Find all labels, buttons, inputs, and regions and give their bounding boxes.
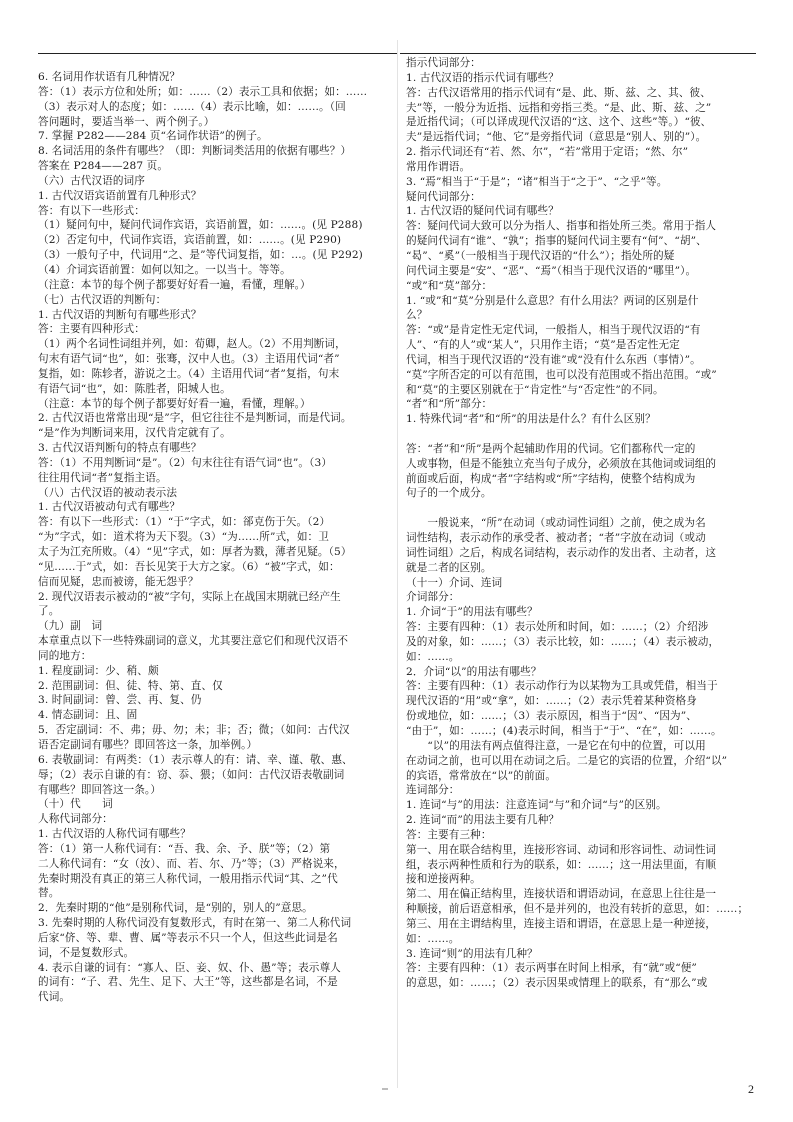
text-line: 3. “焉”相当于“于是”；“诸”相当于“之于”、“之乎”等。 <box>406 175 758 190</box>
text-line: 常用作谓语。 <box>406 160 758 175</box>
text-line: 4. 表示自谦的词有：“寡人、臣、妾、奴、仆、愚”等；表示尊人 <box>38 961 394 976</box>
text-line: 3. 先秦时期的人称代词没有复数形式，有时在第一、第二人称代词 <box>38 916 394 931</box>
text-line: 指示代词部分： <box>406 56 758 71</box>
text-line: 如：……。 <box>406 932 758 947</box>
text-line: “是”作为判断词来用，汉代肯定就有了。 <box>38 426 394 441</box>
text-line: 答案在 P284——287 页。 <box>38 159 394 174</box>
header-rule-right <box>400 53 756 54</box>
text-line: （1）疑问句中，疑问代词作宾语，宾语前置，如：……。(见 P288) <box>38 218 394 233</box>
text-line: 答：（1）表示方位和处所；如：……（2）表示工具和依据；如：…… <box>38 85 394 100</box>
text-line: 的疑问代词有“谁”、“孰”；指事的疑问代词主要有“何”、“胡”、 <box>406 234 758 249</box>
text-line: 2. 现代汉语表示被动的“被”字句，实际上在战国末期就已经产生 <box>38 590 394 605</box>
text-line <box>406 427 758 442</box>
text-line: 1. 程度副词：少、稍、颇 <box>38 664 394 679</box>
text-line: （七）古代汉语的判断句： <box>38 293 394 308</box>
text-line: （十一）介词、连词 <box>406 576 758 591</box>
text-line: 2．介词“以”的用法有哪些？ <box>406 665 758 680</box>
text-line: 夫”等，一般分为近指、远指和旁指三类。“是、此、斯、兹、之” <box>406 101 758 116</box>
text-line: 在动词之前，也可以用在动词之后。二是它的宾语的位置，介绍“以” <box>406 754 758 769</box>
text-line: 1. 特殊代词“者”和“所”的用法是什么？有什么区别？ <box>406 412 758 427</box>
text-line: 1. “或”和“莫”分别是什么意思？有什么用法？两词的区别是什 <box>406 294 758 309</box>
text-line: 人称代词部分： <box>38 812 394 827</box>
text-line: 人或事物，但是不能独立充当句子成分，必须放在其他词或词组的 <box>406 457 758 472</box>
text-line: 答：“或”是肯定性无定代词，一般指人，相当于现代汉语的“有 <box>406 323 758 338</box>
text-line: “莫”字所否定的可以有范围，也可以没有范围或不指出范围。“或” <box>406 368 758 383</box>
text-line: 1. 介词“于”的用法有哪些？ <box>406 605 758 620</box>
text-line: 复指，如：陈轸者，游说之士。（4）主语用代词“者”复指，句末 <box>38 367 394 382</box>
text-line: 就是二者的区别。 <box>406 561 758 576</box>
text-line: 6. 表敬副词：有两类：（1）表示尊人的有：请、幸、谨、敬、惠、 <box>38 753 394 768</box>
text-line: 同的地方： <box>38 649 394 664</box>
text-line: 1. 古代汉语的人称代词有哪些？ <box>38 827 394 842</box>
text-line: 种顺接，前后语意相承，但不是并列的，也没有转折的意思，如：……； <box>406 902 758 917</box>
text-line: 5．否定副词：不、弗；毋、勿；未；非；否；微；（如问：古代汉 <box>38 723 394 738</box>
text-line: 8. 名词活用的条件有哪些？（即：判断词类活用的依据有哪些？） <box>38 144 394 159</box>
text-line: 人”、“有的人”或“某人”，只用作主语；“莫”是否定性无定 <box>406 338 758 353</box>
text-line: 代词。 <box>38 990 394 1005</box>
text-line: 的宾语，常常放在“以”的前面。 <box>406 769 758 784</box>
text-line: 1. 古代汉语的指示代词有哪些？ <box>406 71 758 86</box>
text-line: 和“莫”的主要区别就在于“肯定性”与“否定性”的不同。 <box>406 383 758 398</box>
column-divider <box>397 40 398 1088</box>
page-number: 2 <box>748 1082 754 1097</box>
text-line: 夫”是远指代词；“他、它”是旁指代词（意思是“别人、别的”）。 <box>406 130 758 145</box>
text-line: 答：主要有四种：（1）表示两事在时间上相承，有“就”或“便” <box>406 961 758 976</box>
text-line: 7. 掌握 P282——284 页“名词作状语”的例子。 <box>38 129 394 144</box>
text-line: （九）副 词 <box>38 619 394 634</box>
text-line: 答：“者”和“所”是两个起辅助作用的代词。它们都称代一定的 <box>406 442 758 457</box>
text-line: 现代汉语的“用”或“拿”，如：……；（2）表示凭着某种资格身 <box>406 694 758 709</box>
text-line: 是近指代词；（可以译成现代汉语的“这、这个、这些”等。）“彼、 <box>406 115 758 130</box>
text-line <box>406 501 758 516</box>
text-line: 第一、用在联合结构里，连接形容词、动词和形容词性、动词性词 <box>406 843 758 858</box>
text-line: 第三、用在主谓结构里，连接主语和谓语，在意思上是一种逆接， <box>406 917 758 932</box>
text-line: 3. 古代汉语判断句的特点有哪些？ <box>38 441 394 456</box>
text-line: 2．先秦时期的“他”是别称代词，是“别的，别人的”意思。 <box>38 901 394 916</box>
text-line: 答：主要有四种形式： <box>38 322 394 337</box>
text-line: 如：……。 <box>406 650 758 665</box>
text-line: 2. 连词“而”的用法主要有几种？ <box>406 813 758 828</box>
text-line: （八）古代汉语的被动表示法 <box>38 486 394 501</box>
text-line: 3. 时间副词：曾、尝、再、复、仍 <box>38 693 394 708</box>
text-line: 连词部分： <box>406 783 758 798</box>
text-line: 有语气词“也”，如：陈胜者，阳城人也。 <box>38 382 394 397</box>
footer-mark <box>382 1088 388 1090</box>
text-line: “者”和“所”部分： <box>406 397 758 412</box>
text-line: （注意：本节的每个例子都要好好看一遍，看懂，理解。） <box>38 278 394 293</box>
text-line: 组，表示两种性质和行为的联系，如：……；这一用法里面，有顺 <box>406 858 758 873</box>
text-line: 答：（1）不用判断词“是”。（2）句末往往有语气词“也”。（3） <box>38 456 394 471</box>
text-line: 词性结构，表示动作的承受者、被动者；“者”字放在动词（或动 <box>406 531 758 546</box>
text-line: 及的对象，如：……；（3）表示比较，如：……；（4）表示被动， <box>406 635 758 650</box>
text-line: 太子为江充所败。（4）“见”字式，如：厚者为戮，薄者见疑。（5） <box>38 545 394 560</box>
text-line: 辱；（2）表示自谦的有：窃、忝、猥；（如问：古代汉语表敬副词 <box>38 768 394 783</box>
text-line: 4. 情态副词：且、固 <box>38 708 394 723</box>
text-line: （注意：本节的每个例子都要好好看一遍，看懂，理解。） <box>38 397 394 412</box>
text-line: “为”字式，如：道术将为天下裂。（3）“为……所”式，如：卫 <box>38 530 394 545</box>
text-line: 答：主要有三种： <box>406 828 758 843</box>
text-line: “曷”、“奚”（一般相当于现代汉语的“什么”）；指处所的疑 <box>406 249 758 264</box>
text-line: （十）代 词 <box>38 797 394 812</box>
text-line: 1. 连词“与”的用法：注意连词“与”和介词“与”的区别。 <box>406 798 758 813</box>
text-line: 么？ <box>406 308 758 323</box>
text-line: 后家“侪、等、辈、曹、属”等表示不只一个人，但这些此词是名 <box>38 931 394 946</box>
text-line: 答：古代汉语常用的指示代词有“是、此、斯、兹、之、其、彼、 <box>406 86 758 101</box>
text-line: 语否定副词有哪些？即回答这一条，加举例。） <box>38 738 394 753</box>
text-line: “以”的用法有两点值得注意，一是它在句中的位置，可以用 <box>406 739 758 754</box>
text-line: 二人称代词有：“女（汝）、而、若、尔、乃”等；（3）严格说来， <box>38 857 394 872</box>
text-line: 答：有以下一些形式： <box>38 204 394 219</box>
text-line: （4）介词宾语前置：如何以知之。一以当十。等等。 <box>38 263 394 278</box>
text-line: 6. 名词用作状语有几种情况？ <box>38 70 394 85</box>
text-line: 接和逆接两种。 <box>406 872 758 887</box>
text-line: 3. 连词“则”的用法有几种？ <box>406 947 758 962</box>
header-rule-left <box>38 53 397 54</box>
text-line: 介词部分： <box>406 590 758 605</box>
text-line: 份或地位，如：……；（3）表示原因，相当于“因”、“因为”、 <box>406 709 758 724</box>
text-line: 问代词主要是“安”、“恶”、“焉”（相当于现代汉语的“哪里”）。 <box>406 264 758 279</box>
text-line: “由于”，如：……；(4)表示时间，相当于“于”、“在”，如：……。 <box>406 724 758 739</box>
text-line: “见……于”式，如：吾长见笑于大方之家。（6）“被”字式，如： <box>38 560 394 575</box>
text-line: 2. 古代汉语也常常出现“是”字，但它往往不是判断词，而是代词。 <box>38 411 394 426</box>
text-line: 的意思，如：……；（2）表示因果或情理上的联系，有“那么”或 <box>406 976 758 991</box>
text-line: 答问题时，要适当举一、两个例子。） <box>38 115 394 130</box>
text-line: 句末有语气词“也”，如：张骞，汉中人也。（3）主语用代词“者” <box>38 352 394 367</box>
text-line: （2）否定句中，代词作宾语，宾语前置，如：……。(见 P290) <box>38 233 394 248</box>
text-line: 第二、用在偏正结构里，连接状语和谓语动词，在意思上往往是一 <box>406 887 758 902</box>
text-line: 的词有：“子、君、先生、足下、大王”等，这些都是名词，不是 <box>38 975 394 990</box>
text-line: 1. 古代汉语的疑问代词有哪些？ <box>406 204 758 219</box>
text-line: 1. 古代汉语的判断句有哪些形式？ <box>38 308 394 323</box>
text-line: （六）古代汉语的词序 <box>38 174 394 189</box>
text-line: 往往用代词“者”复指主语。 <box>38 471 394 486</box>
text-line: “或”和“莫”部分： <box>406 279 758 294</box>
text-line: （3）一般句子中，代词用“之、是”等代词复指，如：…。(见 P292) <box>38 248 394 263</box>
text-line: 词，不是复数形式。 <box>38 946 394 961</box>
text-line: 信而见疑，忠而被谤，能无怨乎？ <box>38 575 394 590</box>
text-line: 2. 范围副词：但、徒、特、第、直、仅 <box>38 679 394 694</box>
text-line: 1. 古代汉语被动句式有哪些？ <box>38 500 394 515</box>
text-line: 答：（1）第一人称代词有：“吾、我、余、予、朕”等；（2）第 <box>38 842 394 857</box>
text-line: 1. 古代汉语宾语前置有几种形式？ <box>38 189 394 204</box>
text-line: 答：主要有四种：（1）表示动作行为以某物为工具或凭借，相当于 <box>406 679 758 694</box>
text-line: 句子的一个成分。 <box>406 486 758 501</box>
text-line: 答：疑问代词大致可以分为指人、指事和指处所三类。常用于指人 <box>406 219 758 234</box>
text-line: 答：有以下一些形式：（1）“于”字式，如：郤克伤于矢。（2） <box>38 515 394 530</box>
left-column: 6. 名词用作状语有几种情况？答：（1）表示方位和处所；如：……（2）表示工具和… <box>38 70 394 1005</box>
text-line: （1）两个名词性词组并列，如：荀卿，赵人。（2）不用判断词， <box>38 337 394 352</box>
text-line: 一般说来，“所”在动词（或动词性词组）之前，使之成为名 <box>406 516 758 531</box>
text-line: 代词，相当于现代汉语的“没有谁”或“没有什么东西（事情）”。 <box>406 353 758 368</box>
text-line: 前面或后面，构成“者”字结构或“所”字结构，使整个结构成为 <box>406 472 758 487</box>
text-line: 了。 <box>38 604 394 619</box>
text-line: 本章重点以下一些特殊副词的意义，尤其要注意它们和现代汉语不 <box>38 634 394 649</box>
text-line: 词性词组）之后，构成名词结构，表示动作的发出者、主动者，这 <box>406 546 758 561</box>
text-line: 替。 <box>38 886 394 901</box>
text-line: 答：主要有四种：（1）表示处所和时间，如：……；（2）介绍涉 <box>406 620 758 635</box>
text-line: 2. 指示代词还有“若、然、尔”，“若”常用于定语；“然、尔” <box>406 145 758 160</box>
text-line: 疑问代词部分： <box>406 190 758 205</box>
text-line: （3）表示对人的态度；如：……（4）表示比喻，如：……。（回 <box>38 100 394 115</box>
text-line: 先秦时期没有真正的第三人称代词，一般用指示代词“其、之”代 <box>38 872 394 887</box>
text-line: 有哪些？即回答这一条。） <box>38 783 394 798</box>
right-column: 指示代词部分：1. 古代汉语的指示代词有哪些？答：古代汉语常用的指示代词有“是、… <box>406 56 758 991</box>
